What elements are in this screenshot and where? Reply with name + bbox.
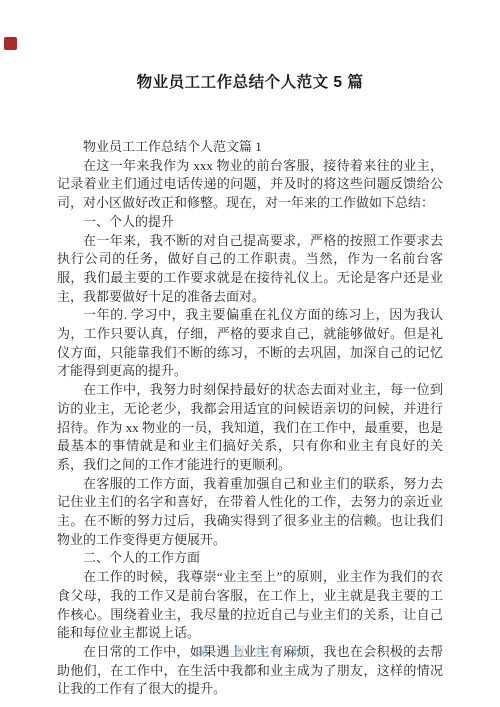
document-subtitle: 物业员工工作总结个人范文篇 1: [57, 138, 443, 157]
section-heading-1: 一、个人的提升: [57, 213, 443, 232]
paragraph: 在工作的时候，我尊崇“业主至上”的原则，业主作为我们的衣食父母，我的工作又是前台…: [57, 568, 443, 643]
paragraph: 一年的. 学习中，我主要偏重在礼仪方面的练习上，因为我认为，工作只要认真，仔细，…: [57, 306, 443, 381]
paragraph: 在这一年来我作为 xxx 物业的前台客服，接待着来往的业主，记录着业主们通过电话…: [57, 157, 443, 213]
paragraph: 在一年来，我不断的对自己提高要求，严格的按照工作要求去执行公司的任务，做好自己的…: [57, 232, 443, 307]
red-bookmark-icon: [4, 37, 17, 50]
document-body: 物业员工工作总结个人范文篇 1 在这一年来我作为 xxx 物业的前台客服，接待着…: [57, 138, 443, 699]
page-number-indicator: 第 1 页 共 6 页: [0, 643, 500, 659]
section-heading-2: 二、个人的工作方面: [57, 549, 443, 568]
paragraph: 在工作中，我努力时刻保持最好的状态去面对业主，每一位到访的业主，无论老少，我都会…: [57, 381, 443, 475]
paragraph: 在客服的工作方面，我着重加强自己和业主们的联系，努力去记住业主们的名字和喜好，在…: [57, 475, 443, 550]
document-page: 物业员工工作总结个人范文 5 篇 物业员工工作总结个人范文篇 1 在这一年来我作…: [0, 0, 500, 707]
document-title: 物业员工工作总结个人范文 5 篇: [0, 72, 500, 94]
